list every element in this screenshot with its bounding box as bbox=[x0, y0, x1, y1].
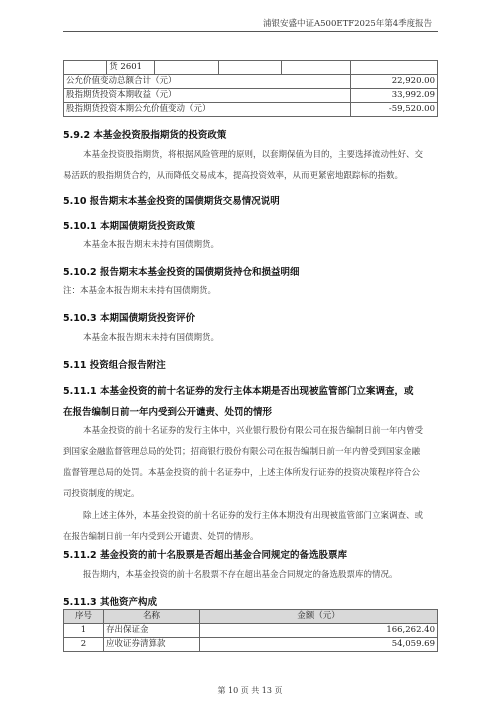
row-name: 存出保证金 bbox=[104, 624, 200, 638]
table-cell bbox=[351, 61, 438, 75]
section-heading-5-10: 5.10 报告期末本基金投资的国债期货交易情况说明 bbox=[63, 193, 280, 207]
table-row: 2 应收证券清算款 54,059.69 bbox=[64, 638, 438, 652]
table-row: 货 2601 bbox=[64, 61, 438, 75]
section-heading-5-11: 5.11 投资组合报告附注 bbox=[63, 357, 166, 371]
column-header: 金额（元） bbox=[200, 610, 438, 624]
paragraph-line: 本基金本报告期末未持有国债期货。 bbox=[83, 328, 219, 349]
row-value: 33,992.09 bbox=[351, 89, 438, 103]
table-cell bbox=[154, 61, 218, 75]
row-number: 1 bbox=[64, 624, 104, 638]
section-heading-5-11-1-cont: 在报告编制日前一年内受到公开谴责、处罚的情形 bbox=[63, 404, 272, 418]
table-row: 公允价值变动总额合计（元） 22,920.00 bbox=[64, 75, 438, 89]
row-amount: 54,059.69 bbox=[200, 638, 438, 652]
column-header: 序号 bbox=[64, 610, 104, 624]
column-header: 名称 bbox=[104, 610, 200, 624]
paragraph-line: 本基金投资的前十名证券的发行主体中，兴业银行股份有限公司在报告编制日前一年内曾受 bbox=[83, 421, 423, 442]
table-cell bbox=[218, 61, 281, 75]
section-heading-5-11-1: 5.11.1 本基金投资的前十名证券的发行主体本期是否出现被监管部门立案调查，或 bbox=[63, 383, 413, 397]
paragraph-line: 监督管理总局的处罚。本基金投资的前十名证券中，上述主体所发行证券的投资决策程序符… bbox=[63, 463, 420, 484]
header-divider bbox=[63, 31, 438, 32]
table-cell bbox=[281, 61, 351, 75]
row-amount: 166,262.40 bbox=[200, 624, 438, 638]
paragraph-line: 本基金本报告期末未持有国债期货。 bbox=[83, 235, 219, 256]
table-header-row: 序号 名称 金额（元） bbox=[64, 610, 438, 624]
row-value: -59,520.00 bbox=[351, 103, 438, 117]
paragraph-line: 本基金投资股指期货，将根据风险管理的原则，以套期保值为目的，主要选择流动性好、交 bbox=[83, 145, 423, 166]
table-cell: 货 2601 bbox=[107, 61, 155, 75]
page-number: 第 10 页 共 13 页 bbox=[0, 685, 500, 696]
section-heading-5-11-2: 5.11.2 基金投资的前十名股票是否超出基金合同规定的备选股票库 bbox=[63, 547, 347, 561]
section-heading-5-10-3: 5.10.3 本期国债期货投资评价 bbox=[63, 310, 195, 324]
report-header-title: 浦银安盛中证A500ETF2025年第4季度报告 bbox=[263, 17, 432, 29]
paragraph-line: 到国家金融监督管理总局的处罚；招商银行股份有限公司在报告编制日前一年内曾受到国家… bbox=[63, 442, 420, 463]
section-heading-5-10-2: 5.10.2 报告期末本基金投资的国债期货持仓和损益明细 bbox=[63, 264, 299, 278]
paragraph-line: 司投资制度的规定。 bbox=[63, 484, 140, 505]
row-number: 2 bbox=[64, 638, 104, 652]
row-label: 股指期货投资本期收益（元） bbox=[64, 89, 351, 103]
paragraph-line: 除上述主体外，本基金投资的前十名证券的发行主体本期没有出现被监管部门立案调查、或 bbox=[83, 506, 423, 527]
section-heading-5-9-2: 5.9.2 本基金投资股指期货的投资政策 bbox=[63, 127, 226, 141]
paragraph-line: 易活跃的股指期货合约，从而降低交易成本，提高投资效率，从而更紧密地跟踪标的指数。 bbox=[63, 166, 403, 187]
paragraph-line: 注：本基金本报告期末未持有国债期货。 bbox=[63, 281, 216, 302]
row-value: 22,920.00 bbox=[351, 75, 438, 89]
section-heading-5-10-1: 5.10.1 本期国债期货投资政策 bbox=[63, 218, 195, 232]
row-label: 公允价值变动总额合计（元） bbox=[64, 75, 351, 89]
section-heading-5-11-3: 5.11.3 其他资产构成 bbox=[63, 594, 157, 608]
table-cell bbox=[64, 61, 107, 75]
row-name: 应收证券清算款 bbox=[104, 638, 200, 652]
paragraph-line: 在报告编制日前一年内受到公开谴责、处罚的情形。 bbox=[63, 527, 259, 548]
table-row: 股指期货投资本期收益（元） 33,992.09 bbox=[64, 89, 438, 103]
row-label: 股指期货投资本期公允价值变动（元） bbox=[64, 103, 351, 117]
paragraph-line: 报告期内，本基金投资的前十名股票不存在超出基金合同规定的备选股票库的情况。 bbox=[83, 565, 398, 586]
table-row: 1 存出保证金 166,262.40 bbox=[64, 624, 438, 638]
table-row: 股指期货投资本期公允价值变动（元） -59,520.00 bbox=[64, 103, 438, 117]
futures-summary-table: 货 2601 公允价值变动总额合计（元） 22,920.00 股指期货投资本期收… bbox=[63, 60, 438, 117]
other-assets-table: 序号 名称 金额（元） 1 存出保证金 166,262.40 2 应收证券清算款… bbox=[63, 609, 438, 652]
